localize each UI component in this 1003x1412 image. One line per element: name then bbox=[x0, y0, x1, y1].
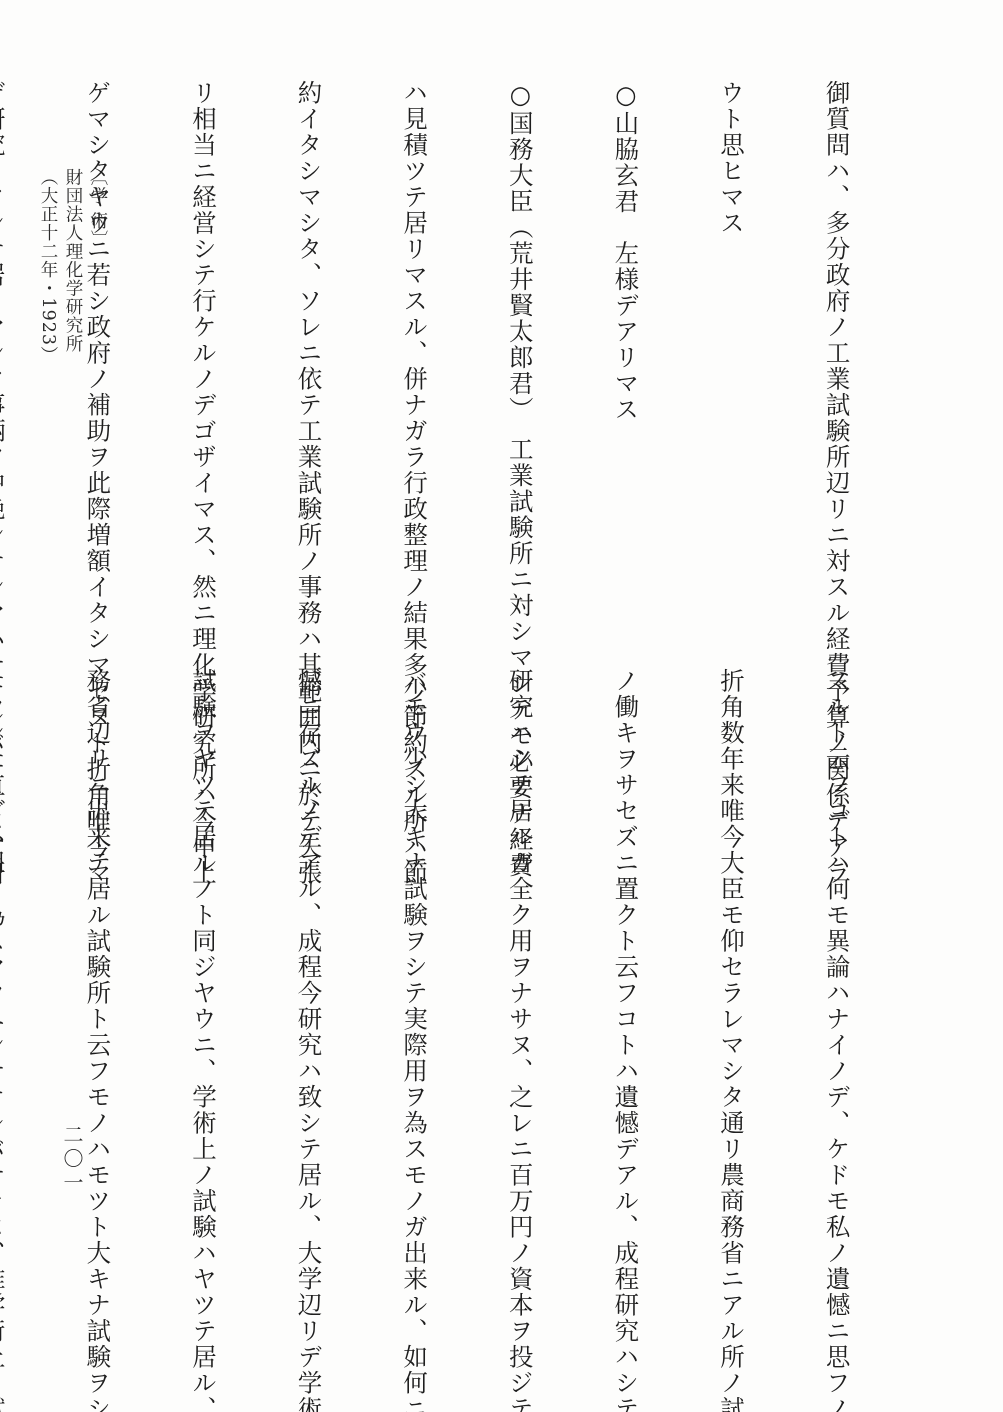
section-label: 〔学 術〕 bbox=[88, 168, 108, 249]
upper-tier-text: 御質問ハ、多分政府ノ工業試験所辺リニ対スル経費予算ノ関係デアラ ウト思ヒマス ○… bbox=[0, 80, 925, 640]
speaker-line: ○国務大臣（荒井賢太郎君） 工業試験所ニ対シマシテモ必要ナ経費 bbox=[503, 80, 538, 640]
running-header: 〔学 術〕 財団法人理化学研究所 （大正十二年・1923） bbox=[36, 155, 131, 391]
text-column: 御質問ハ、多分政府ノ工業試験所辺リニ対スル経費予算ノ関係デアラ bbox=[819, 80, 854, 640]
text-column: 憾ニ存ズルノデアル、成程今研究ハ致シテ居ル、大学辺リデ学術上ノ bbox=[291, 668, 326, 1228]
text-column: サウシテ直グニ用ヲ為スヤウニシナケレバナラヌ、唯学術上ノ試験ダ bbox=[0, 668, 10, 1228]
speaker-line: ○山脇玄君 左様デアリマス bbox=[608, 80, 643, 640]
text-column: ノ働キヲサセズニ置クト云フコトハ遺憾デアル、成程研究ハシテ居ル bbox=[608, 668, 643, 1228]
year-label: （大正十二年・1923） bbox=[38, 168, 58, 365]
text-column: 折角数年来唯今大臣モ仰セラレマシタ通リ農商務省ニアル所ノ試験所 bbox=[714, 668, 749, 1228]
page-number: 二〇一 bbox=[58, 1124, 87, 1196]
text-column: リ相当ニ経営シテ行ケルノデゴザイマス、然ニ理化学研究所ハ今申上 bbox=[186, 80, 221, 640]
text-column: スルト云フコトハ何モ異論ハナイノデ、ケドモ私ノ遺憾ニ思フノハ、 bbox=[819, 668, 854, 1228]
text-column: ウト思ヒマス bbox=[714, 80, 749, 640]
organization-label: 財団法人理化学研究所 bbox=[63, 168, 83, 353]
text-column: 約イタシマシタ、ソレニ依テ工業試験所ノ事務ハ其範囲内ニ於テ矢張 bbox=[291, 80, 326, 640]
text-column: デ研究イタシテ居リマシタ事柄ヲ中絶シテシマハナケレバナラヌ、研 bbox=[0, 80, 10, 640]
text-column: 試験ヲヤツテ居ルノト同ジヤウニ、学術上ノ試験ハヤツテ居ル、農商 bbox=[186, 668, 221, 1228]
text-column: バモウ少シ大キナ試験ヲシテ実際用ヲ為スモノガ出来ル、如何ニモ遺 bbox=[397, 668, 432, 1228]
lower-tier-text: スルト云フコトハ何モ異論ハナイノデ、ケドモ私ノ遺憾ニ思フノハ、 折角数年来唯今大… bbox=[0, 668, 925, 1228]
text-column: ハ見積ツテ居リマスル、併ナガラ行政整理ノ結果多少節約スル所ハ節 bbox=[397, 80, 432, 640]
text-column: 研究ハシテ居ルガ全ク用ヲナサヌ、之レニ百万円ノ資本ヲ投ジテヤレ bbox=[503, 668, 538, 1228]
